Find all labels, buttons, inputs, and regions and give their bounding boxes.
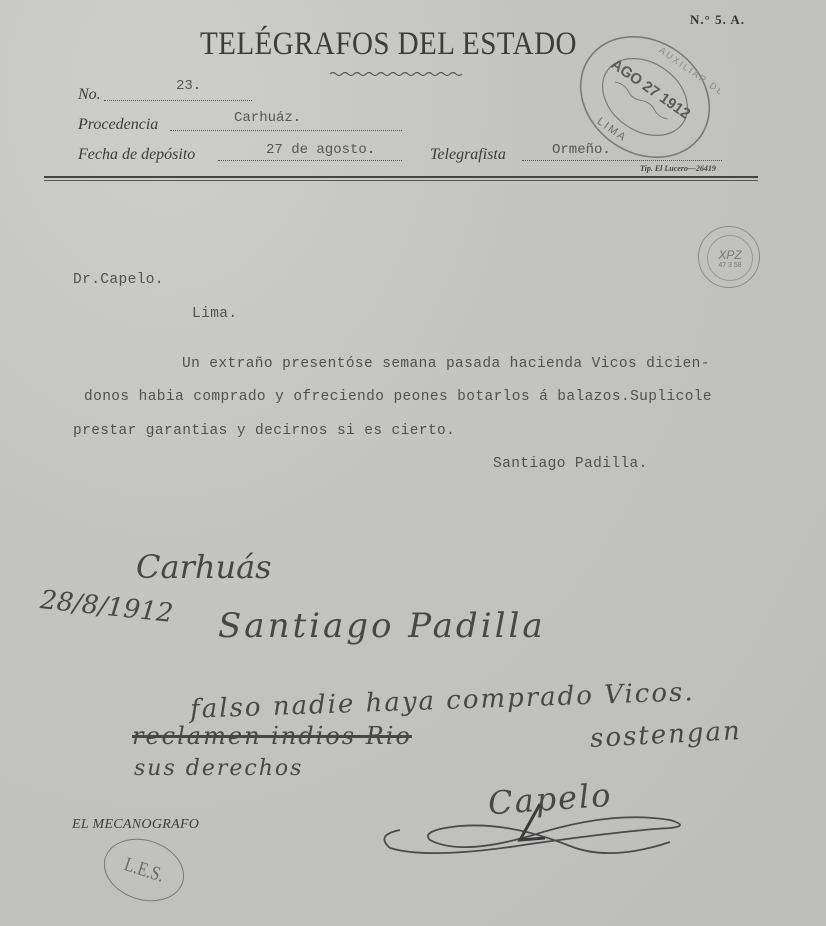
field-procedencia-line [170,130,402,131]
typist-label: EL MECANOGRAFO [72,817,199,833]
handwritten-struck-text: reclamen indios Rio [132,722,412,750]
field-procedencia-label: Procedencia [78,116,158,134]
handwritten-reply-line-1: falso nadie haya comprado Vicos. [190,677,695,725]
telegram-document: N.° 5. A. TELÉGRAFOS DEL ESTADO No. 23. … [0,0,826,926]
header-rule-thin [44,180,758,181]
field-fecha-value: 27 de agosto. [266,142,375,158]
typist-initials: L.E.S. [121,853,167,887]
message-line-1: Un extraño presentóse semana pasada haci… [182,356,710,372]
signature-flourish [370,800,700,870]
wavy-underline-ornament [330,70,465,78]
date-stamp: AGO 27 1912 LIMA AUXILIAR DE [570,22,720,172]
stamp-city-text: LIMA [595,115,629,144]
header-rule [44,176,758,178]
field-no-line [104,100,252,101]
header-title: TELÉGRAFOS DEL ESTADO [200,26,577,63]
library-stamp: XPZ 47 3 58 [698,226,760,288]
field-fecha-line [218,160,402,161]
handwritten-reply-line-2: sostengan [589,716,742,754]
message-line-2: donos habia comprado y ofreciendo peones… [84,389,712,405]
typist-initials-stamp: L.E.S. [96,829,193,911]
message-line-3: prestar garantias y decirnos si es ciert… [73,423,455,439]
addressee: Dr.Capelo. [73,272,164,288]
field-procedencia-value: Carhuáz. [234,110,301,126]
addressee-city: Lima. [192,306,238,322]
handwritten-reply-line-3: sus derechos [134,756,303,781]
handwritten-name: Santiago Padilla [218,606,546,646]
handwritten-date: 28/8/1912 [39,585,175,629]
sender-signature: Santiago Padilla. [493,456,648,472]
field-fecha-label: Fecha de depósito [78,146,195,164]
field-no-label: No. [78,86,101,104]
field-telegrafista-label: Telegrafista [430,146,506,164]
library-stamp-logo: XPZ [718,248,741,262]
library-stamp-number: 47 3 58 [718,262,741,269]
handwritten-place: Carhuás [136,548,272,586]
field-no-value: 23. [176,78,201,94]
